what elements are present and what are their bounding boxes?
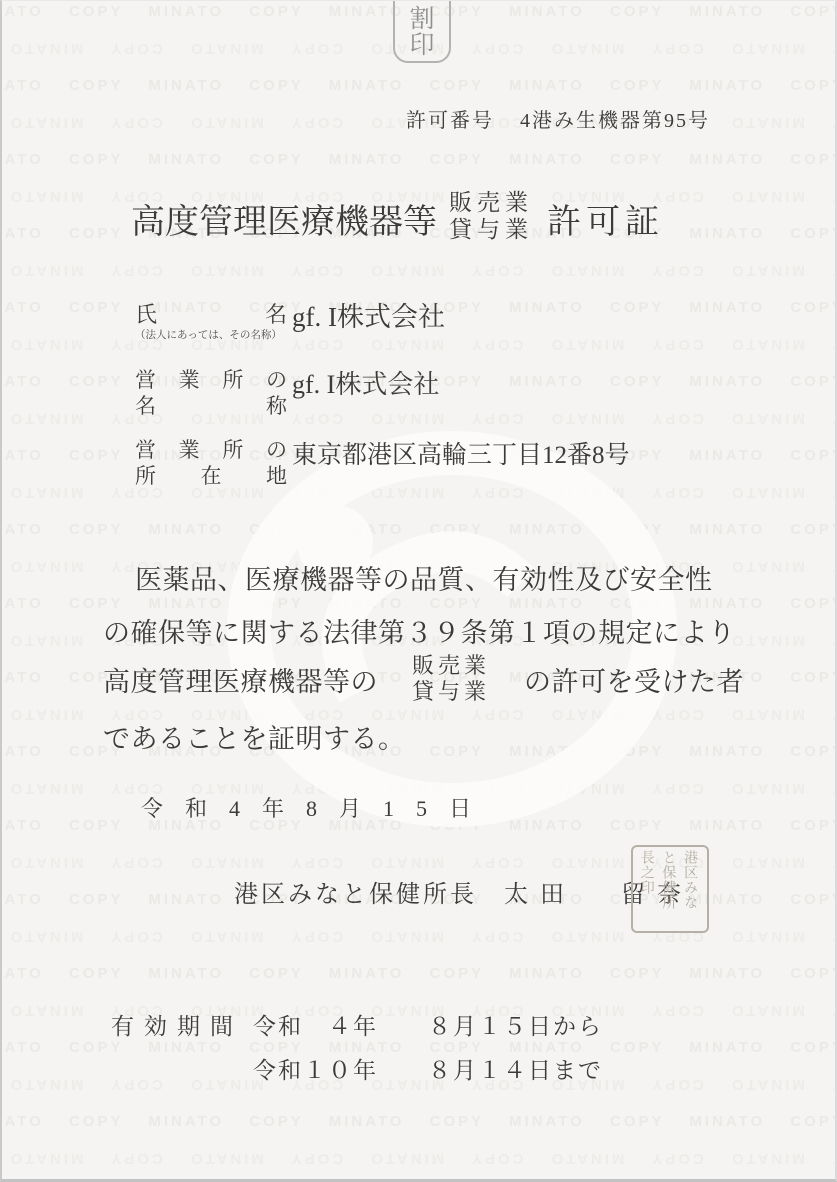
seal-column: と保健所	[657, 850, 679, 928]
watermark-text-row: MINATO COPY MINATO COPY MINATO COPY MINA…	[0, 410, 837, 427]
issuer-name: 港区みなと保健所長 太 田 留 奈	[234, 874, 684, 909]
validity-label: 有効期間	[111, 1008, 243, 1041]
body-line-4: であることを証明する。	[103, 717, 406, 756]
watermark-text-row: MINATO COPY MINATO COPY MINATO COPY MINA…	[0, 336, 837, 353]
official-seal-text: 港区みなと保健所長之印	[635, 850, 700, 928]
watermark-text-row: MINATO COPY MINATO COPY MINATO COPY MINA…	[0, 965, 837, 982]
title-suffix: 許可証	[547, 194, 664, 243]
watermark-text-row: MINATO COPY MINATO COPY MINATO COPY MINA…	[0, 1113, 837, 1130]
field-office-name-value: gf. I株式会社	[292, 364, 439, 401]
field-name-value: gf. I株式会社	[292, 295, 445, 334]
body-line-3-prefix: 高度管理医療機器等の	[103, 660, 378, 699]
certificate-title: 高度管理医療機器等 販売業 貸与業 許可証	[131, 187, 664, 249]
title-business-type-stack: 販売業 貸与業	[449, 189, 533, 243]
validity-to: 令和１０年 ８月１４日まで	[253, 1052, 603, 1085]
watermark-text-row: MINATO COPY MINATO COPY MINATO COPY MINA…	[0, 928, 837, 945]
validity-from: 令和 ４年 ８月１５日から	[253, 1008, 603, 1041]
watermark-text-row: MINATO COPY MINATO COPY MINATO COPY MINA…	[0, 151, 837, 168]
field-office-address-value: 東京都港区高輪三丁目12番8号	[292, 435, 630, 471]
body-line-3-suffix: の許可を受けた者	[524, 660, 744, 699]
watermark-text-row: MINATO COPY MINATO COPY MINATO COPY MINA…	[0, 262, 837, 279]
title-prefix: 高度管理医療機器等	[131, 194, 437, 243]
watermark-text-row: MINATO COPY MINATO COPY MINATO COPY MINA…	[0, 1150, 837, 1167]
permit-number-label: 許可番号	[406, 110, 494, 132]
permit-number-line: 許可番号4港み生機器第95号	[406, 104, 710, 133]
body-line-2: の確保等に関する法律第３９条第１項の規定により	[103, 611, 736, 650]
watermark-text-row: MINATO COPY MINATO COPY MINATO COPY MINA…	[0, 77, 837, 94]
body-line-1: 医薬品、医療機器等の品質、有効性及び安全性	[135, 558, 713, 597]
field-name-sublabel: （法人にあっては、その名称）	[135, 327, 282, 342]
title-sales-label: 販売業	[449, 189, 533, 216]
title-lease-label: 貸与業	[449, 216, 533, 243]
tear-seal-stamp: 割 印	[393, 0, 451, 63]
license-certificate-page: MINATO COPY MINATO COPY MINATO COPY MINA…	[0, 0, 837, 1182]
field-name-label: 氏名	[135, 298, 287, 329]
tear-seal-char-top: 割	[409, 7, 434, 33]
issue-date: 令和4年8月15日	[141, 792, 493, 823]
tear-seal-char-bottom: 印	[409, 33, 434, 59]
official-seal: 港区みなと保健所長之印	[631, 845, 709, 933]
field-office-name-label-2: 名称	[135, 390, 287, 420]
permit-number-value: 4港み生機器第95号	[520, 110, 710, 132]
body-lease-label: 貸与業	[412, 679, 490, 705]
body-line-3: 高度管理医療機器等の 販売業 貸与業 の許可を受けた者	[103, 650, 744, 708]
watermark-text-row: MINATO COPY MINATO COPY MINATO COPY MINA…	[0, 854, 837, 871]
seal-column: 長之印	[635, 850, 657, 928]
body-sales-label: 販売業	[412, 653, 490, 679]
field-office-address-label-2: 所在地	[135, 460, 287, 490]
seal-column: 港区みな	[678, 850, 700, 928]
body-business-type-stack: 販売業 貸与業	[412, 653, 490, 705]
